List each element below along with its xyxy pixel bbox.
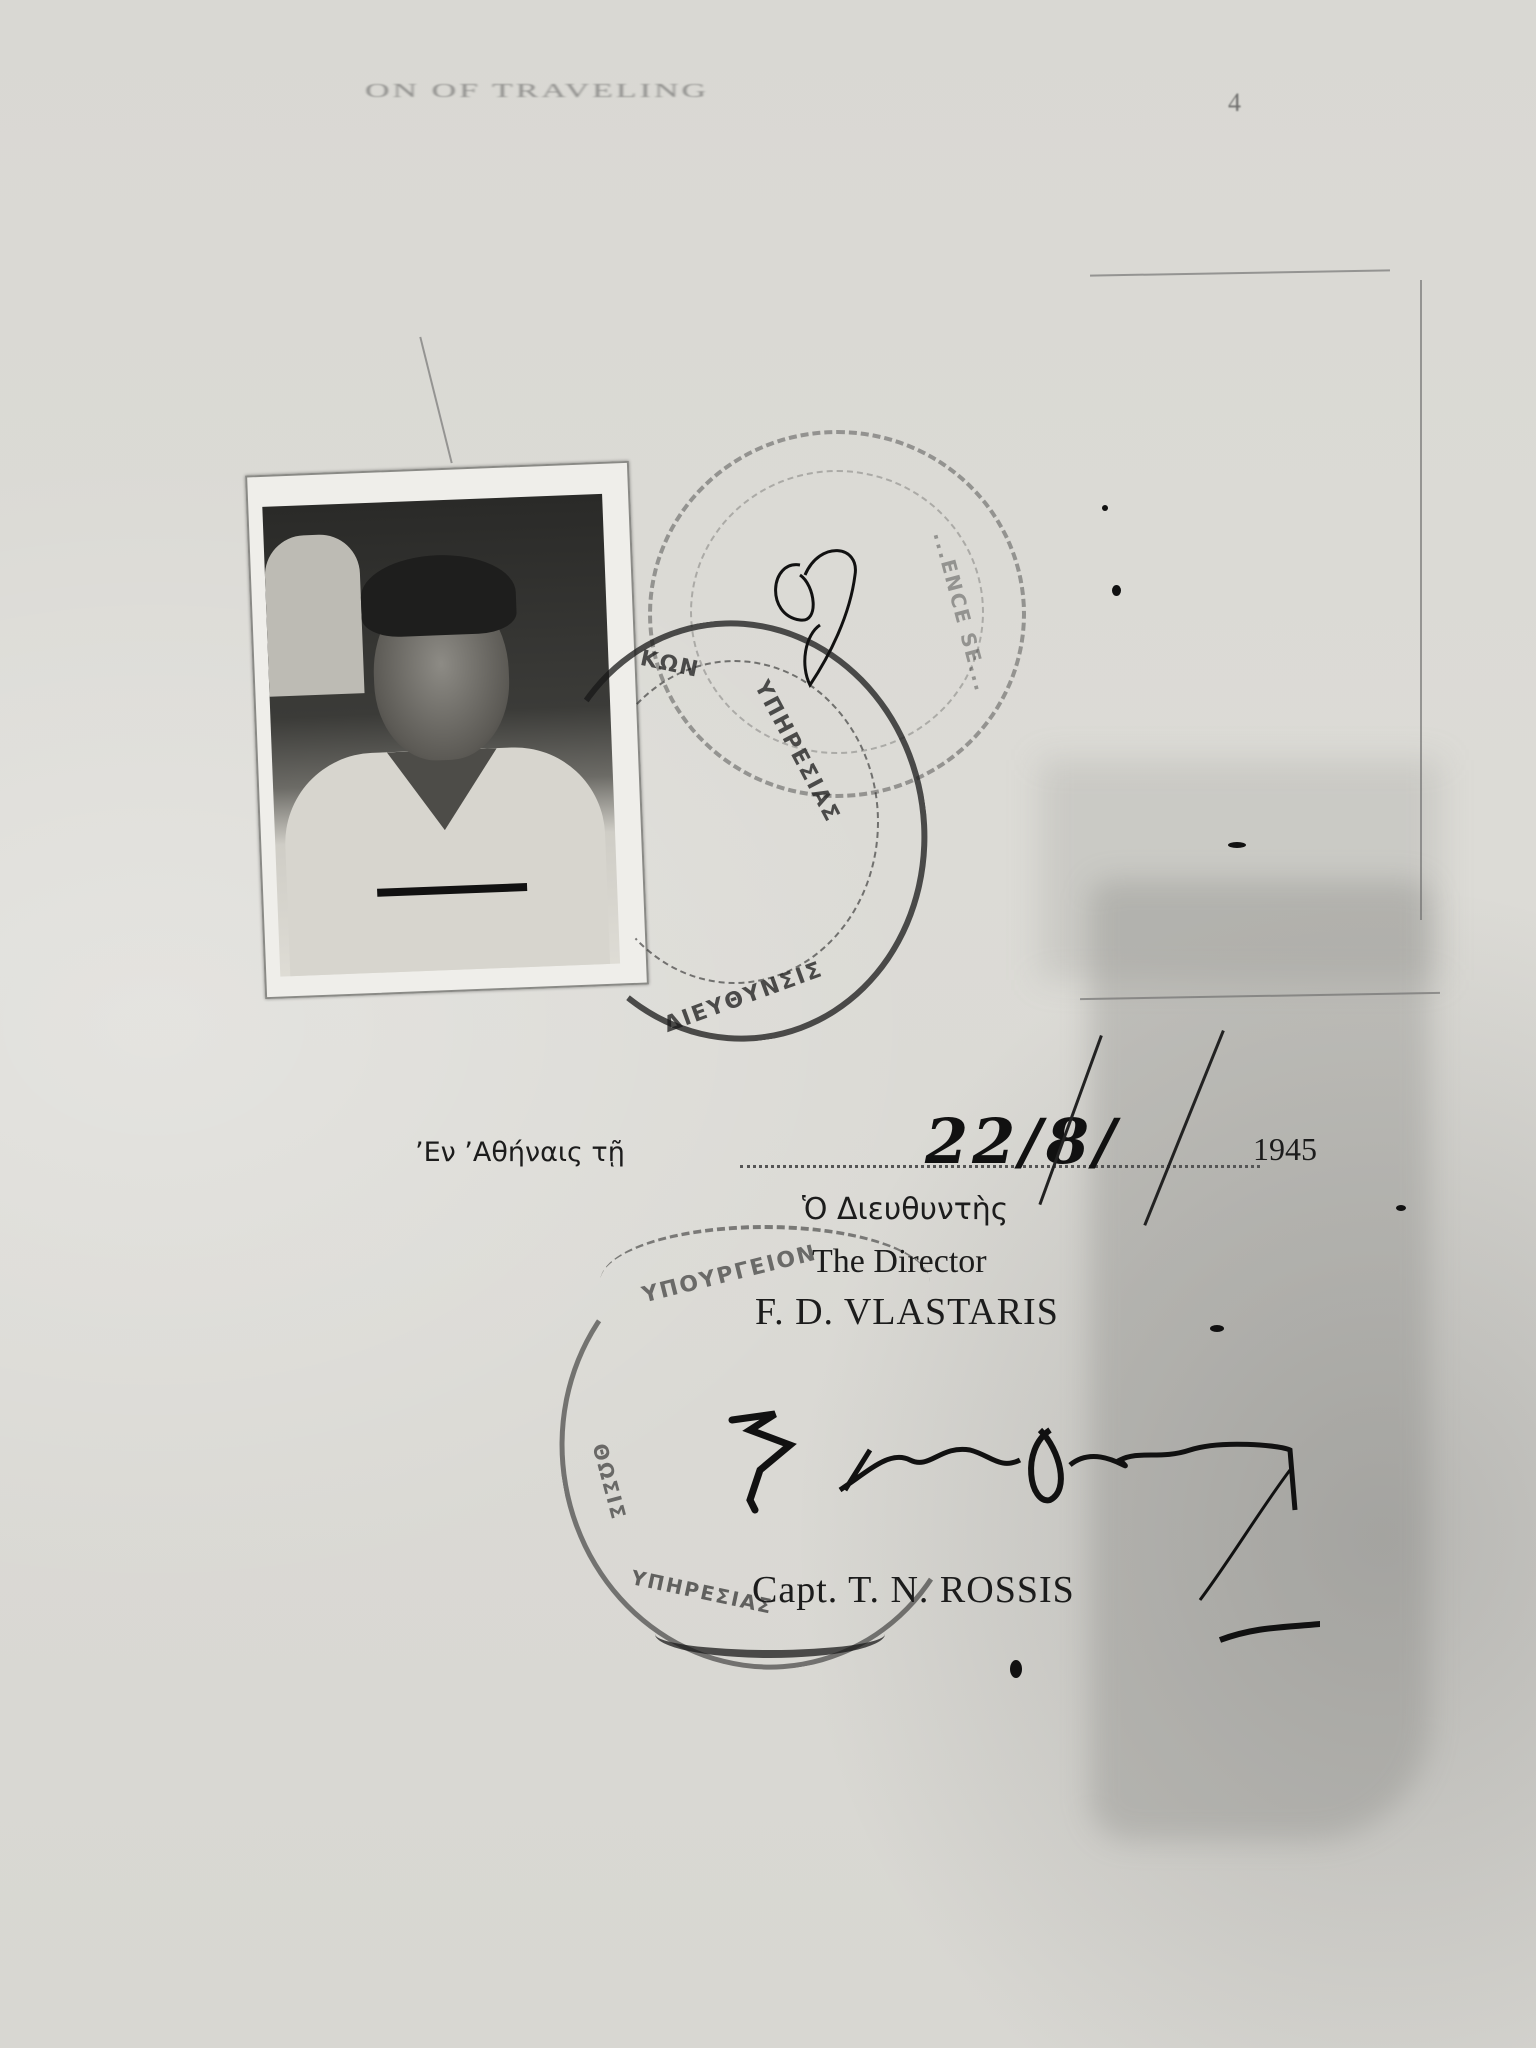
ink-speck — [1102, 505, 1108, 511]
ink-speck — [1396, 1205, 1406, 1211]
officer-name: Capt. T. N. ROSSIS — [752, 1568, 1075, 1612]
date-line: ’Εν ’Αθήναις τῇ 22/8/ 1945 — [415, 1125, 1345, 1185]
director-name: F. D. VLASTARIS — [755, 1290, 1059, 1334]
page-mark: 4 — [1228, 88, 1241, 118]
ink-speck — [1010, 1660, 1022, 1678]
initials-signature-icon — [760, 545, 870, 695]
official-stamp-dark-inner — [590, 660, 879, 984]
document-header-fragment: ON OF TRAVELING — [365, 80, 709, 103]
ink-speck — [1112, 585, 1121, 596]
date-prefix: ’Εν ’Αθήναις τῇ — [415, 1137, 625, 1168]
director-title-greek: Ὁ Διευθυντὴς — [802, 1192, 1008, 1227]
fold-line — [1420, 280, 1422, 920]
ink-speck — [1210, 1325, 1224, 1332]
handwritten-date: 22/8/ — [925, 1105, 1120, 1178]
date-year: 1945 — [1253, 1131, 1317, 1168]
photocopy-shadow — [1090, 880, 1430, 1840]
director-title-english: The Director — [812, 1243, 987, 1281]
ink-speck — [1228, 842, 1246, 848]
